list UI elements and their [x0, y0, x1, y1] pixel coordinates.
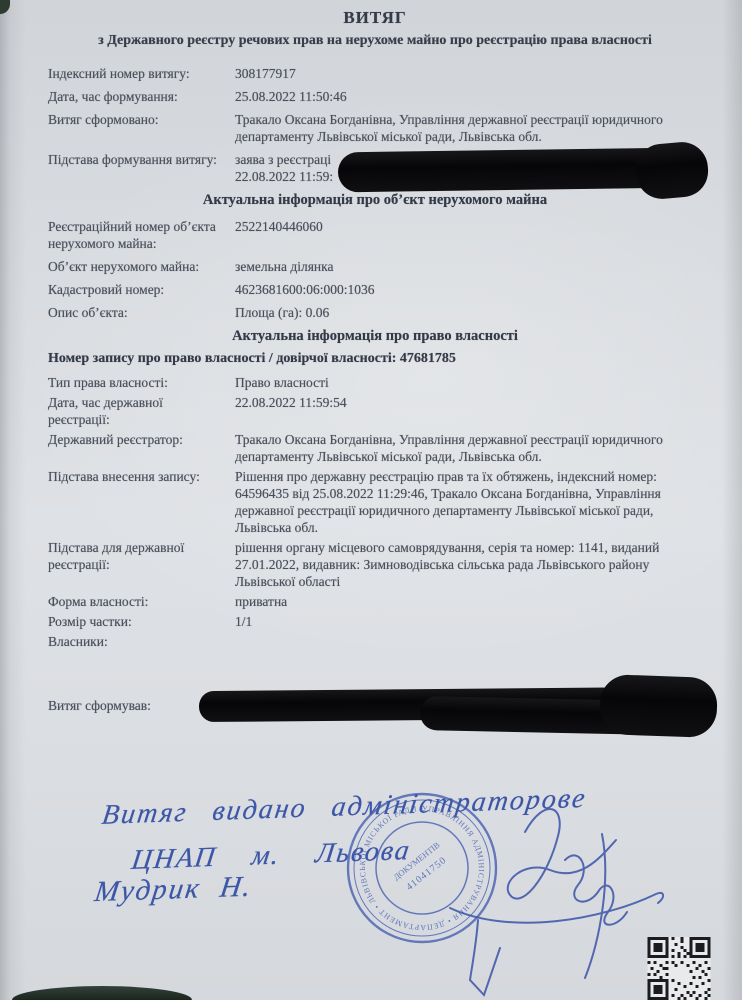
field-value: Площа (га): 0.06: [235, 304, 702, 321]
field-value: 2522140446060: [235, 218, 702, 235]
field-row: Індексний номер витягу: 308177917: [48, 65, 702, 82]
field-value: земельна ділянка: [235, 258, 702, 275]
field-value: Рішення про державну реєстрацію прав та …: [235, 468, 702, 536]
field-label: Розмір частки:: [48, 613, 235, 630]
property-section-title: Актуальна інформація про об’єкт нерухомо…: [48, 191, 702, 210]
field-row: Тип права власності: Право власності: [48, 374, 702, 391]
field-label: Індексний номер витягу:: [48, 65, 235, 82]
field-label: Реєстраційний номер об’єкта нерухомого м…: [48, 218, 235, 252]
field-row: Підстава внесення запису: Рішення про де…: [48, 468, 702, 536]
field-label: Кадастровий номер:: [48, 281, 235, 298]
field-row: Об’єкт нерухомого майна: земельна ділянк…: [48, 258, 702, 275]
field-row: Форма власності: приватна: [48, 593, 702, 610]
field-value: приватна: [235, 593, 702, 610]
field-label: Опис об’єкта:: [48, 304, 235, 321]
field-value: Право власності: [235, 374, 702, 391]
field-value: 1/1: [235, 613, 702, 630]
document-photo: ВИТЯГ з Державного реєстру речових прав …: [0, 0, 742, 1000]
field-label: Витяг сформовано:: [48, 111, 235, 128]
document-title: ВИТЯГ: [48, 8, 702, 28]
field-label: Форма власності:: [48, 593, 235, 610]
field-row: Витяг сформовано: Тракало Оксана Богдані…: [48, 111, 702, 145]
field-label: Підстава для державної реєстрації:: [48, 539, 235, 573]
field-value: Тракало Оксана Богданівна, Управління де…: [235, 431, 702, 465]
field-row: Державний реєстратор: Тракало Оксана Бог…: [48, 431, 702, 465]
redaction-bar-owners-end: [599, 674, 718, 738]
field-row-redacted: Власники:: [48, 633, 702, 650]
field-label: Тип права власності:: [48, 374, 235, 391]
field-label: Підстава внесення запису:: [48, 468, 235, 485]
field-label: Власники:: [48, 633, 235, 650]
field-row: Дата, час формування: 25.08.2022 11:50:4…: [48, 88, 702, 105]
ownership-record-number: Номер запису про право власності / довір…: [48, 350, 702, 367]
ownership-section: Тип права власності: Право власності Дат…: [48, 374, 702, 650]
field-value: 22.08.2022 11:59:54: [235, 394, 702, 411]
field-label: Підстава формування витягу:: [48, 151, 235, 168]
signature-ink: [430, 800, 675, 1000]
field-label: Дата, час державної реєстрації:: [48, 394, 235, 428]
ownership-section-title: Актуальна інформація про право власності: [48, 327, 702, 346]
document-subtitle: з Державного реєстру речових прав на нер…: [48, 31, 702, 50]
field-row: Підстава для державної реєстрації: рішен…: [48, 539, 702, 590]
property-section: Реєстраційний номер об’єкта нерухомого м…: [48, 218, 702, 321]
field-row: Опис об’єкта: Площа (га): 0.06: [48, 304, 702, 321]
field-label: Дата, час формування:: [48, 88, 235, 105]
field-row: Реєстраційний номер об’єкта нерухомого м…: [48, 218, 702, 252]
redaction-bar-application-number: [338, 148, 681, 193]
field-label: Об’єкт нерухомого майна:: [48, 258, 235, 275]
field-row: Дата, час державної реєстрації: 22.08.20…: [48, 394, 702, 428]
qr-code: [647, 937, 711, 1000]
field-value: Тракало Оксана Богданівна, Управління де…: [235, 111, 702, 145]
field-value: рішення органу місцевого самоврядування,…: [235, 539, 702, 590]
field-label: Державний реєстратор:: [48, 431, 235, 448]
field-row: Кадастровий номер: 4623681600:06:000:103…: [48, 281, 702, 298]
field-value: 308177917: [235, 65, 702, 82]
field-row: Розмір частки: 1/1: [48, 613, 702, 630]
field-value: 25.08.2022 11:50:46: [235, 88, 702, 105]
field-value: 4623681600:06:000:1036: [235, 281, 702, 298]
